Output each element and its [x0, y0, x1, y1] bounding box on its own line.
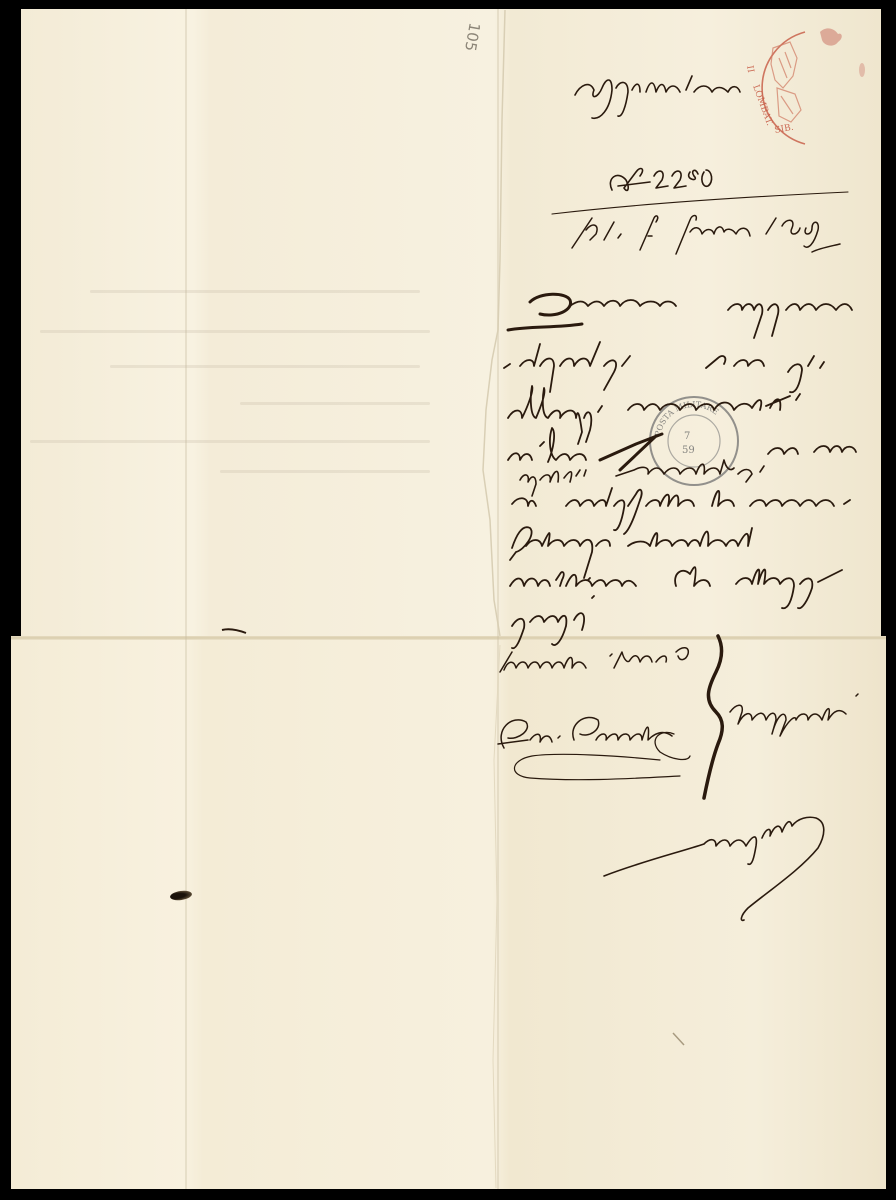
body-line-1: Si recano cognizioni: [508, 290, 796, 323]
body-line-8: militare da allog-: [508, 566, 751, 599]
closing-signature: Napoli: [700, 818, 780, 846]
body-line-4: ai soldati per ora: [508, 436, 750, 469]
protocol-number: N° 2280: [608, 166, 701, 191]
body-line-2: e disposizioni per gli: [504, 342, 798, 375]
header-office-line: Ufficio militare: [572, 78, 740, 103]
body-line-6: a notizia le com-: [510, 488, 743, 521]
signatory-role: Deputati: [730, 698, 818, 722]
curly-brace-strokes: [704, 636, 722, 798]
body-line-9: giarsi: [510, 606, 585, 636]
body-line-3: alloggi occorrenti: [508, 392, 760, 425]
paper-mark: [670, 1030, 690, 1050]
body-line-5: agli atti favorendoli: [516, 466, 715, 490]
signatory-1: Emanuele Sorrento: [500, 650, 697, 674]
body-line-7: petenze dovute al: [510, 528, 762, 561]
date-line: P. li 7 Ottobre 1859: [570, 216, 825, 246]
signatory-2: Giov. Grande: [500, 718, 644, 743]
handwriting-ink: [0, 0, 896, 1200]
fold-ink-mark: [220, 626, 250, 636]
